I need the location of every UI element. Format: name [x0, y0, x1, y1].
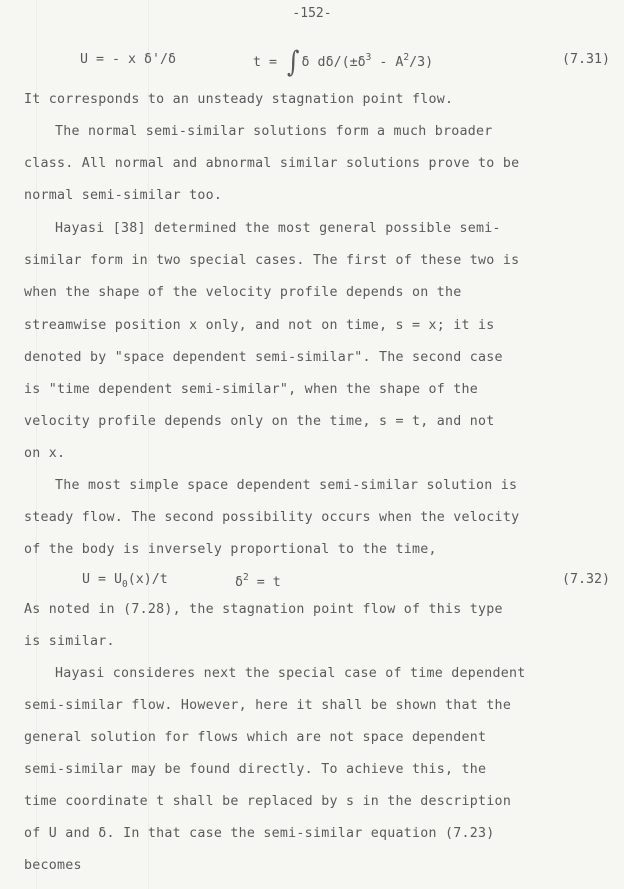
text-line: is similar.	[24, 634, 115, 650]
text-line: is "time dependent semi-similar", when t…	[24, 382, 478, 398]
equation-7-32-right: δ2 = t	[235, 572, 281, 590]
text-line: semi-similar may be found directly. To a…	[24, 762, 486, 778]
text-line: of U and δ. In that case the semi-simila…	[24, 826, 495, 842]
text-line: denoted by "space dependent semi-similar…	[24, 350, 503, 366]
eq-text: (x)/t	[128, 572, 168, 587]
text-line: becomes	[24, 858, 82, 874]
eq-text: U = U	[82, 572, 122, 587]
text-line: general solution for flows which are not…	[24, 730, 486, 746]
text-line: The normal semi-similar solutions form a…	[55, 124, 493, 140]
text-line: As noted in (7.28), the stagnation point…	[24, 602, 503, 618]
text-line: time coordinate t shall be replaced by s…	[24, 794, 511, 810]
eq-text: δ	[235, 575, 243, 590]
text-line: steady flow. The second possibility occu…	[24, 510, 519, 526]
text-line: normal semi-similar too.	[24, 188, 222, 204]
equation-number-7-32: (7.32)	[562, 572, 610, 587]
equation-7-32-left: U = U0(x)/t	[82, 572, 168, 590]
integral-sign: ∫	[287, 45, 300, 79]
text-line: Hayasi consideres next the special case …	[55, 666, 526, 682]
text-line: velocity profile depends only on the tim…	[24, 414, 495, 430]
scan-artifact	[36, 0, 37, 889]
text-line: when the shape of the velocity profile d…	[24, 285, 462, 301]
document-page: -152- U = - x δ'/δ t = ∫δ dδ/(±δ3 - A2/3…	[0, 0, 624, 889]
text-line: of the body is inversely proportional to…	[24, 542, 437, 558]
text-line: Hayasi [38] determined the most general …	[55, 221, 501, 237]
text-line: class. All normal and abnormal similar s…	[24, 156, 519, 172]
text-line: It corresponds to an unsteady stagnation…	[24, 92, 453, 108]
eq-text: - A	[371, 55, 403, 70]
eq-text: /3)	[409, 55, 433, 70]
page-number: -152-	[0, 6, 624, 21]
eq-text: δ dδ/(±δ	[302, 55, 366, 70]
text-line: semi-similar flow. However, here it shal…	[24, 698, 511, 714]
text-line: The most simple space dependent semi-sim…	[55, 478, 517, 494]
equation-number-7-31: (7.31)	[562, 52, 610, 67]
eq-text: = t	[249, 575, 281, 590]
text-line: streamwise position x only, and not on t…	[24, 318, 495, 334]
equation-7-31-left: U = - x δ'/δ	[80, 52, 176, 67]
text-line: on x.	[24, 446, 65, 462]
text-line: similar form in two special cases. The f…	[24, 253, 519, 269]
eq-text: t =	[253, 55, 285, 70]
equation-7-31-right: t = ∫δ dδ/(±δ3 - A2/3)	[253, 48, 433, 76]
